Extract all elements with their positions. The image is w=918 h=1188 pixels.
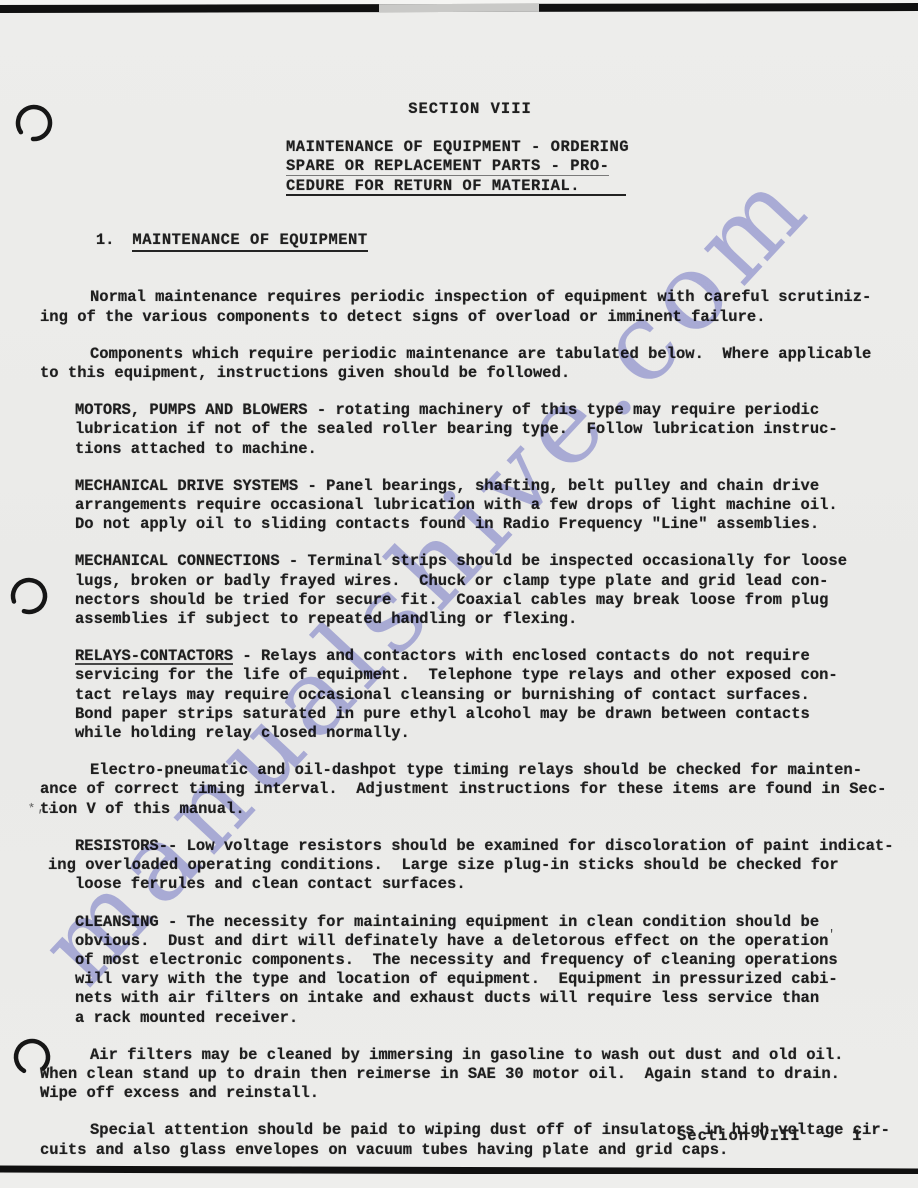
text-line: CLEANSING - The necessity for maintainin… xyxy=(75,913,900,932)
paragraph-mechanical-connections: MECHANICAL CONNECTIONS - Terminal strips… xyxy=(75,552,900,629)
text-line: RELAYS-CONTACTORS - Relays and contactor… xyxy=(75,647,900,666)
paragraph-electro-pneumatic: Electro-pneumatic and oil-dashpot type t… xyxy=(40,761,900,819)
page-body: SECTION VIII MAINTENANCE OF EQUIPMENT - … xyxy=(40,0,900,1160)
text-line: RESISTORS-- Low voltage resistors should… xyxy=(75,837,900,856)
text-line: while holding relay closed normally. xyxy=(75,724,900,743)
text-line: of most electronic components. The neces… xyxy=(75,951,900,970)
text-line: tions attached to machine. xyxy=(75,440,900,459)
text-line: Air filters may be cleaned by immersing … xyxy=(40,1046,900,1065)
text-line: arrangements require occasional lubricat… xyxy=(75,496,900,515)
text-line: loose ferrules and clean contact surface… xyxy=(75,875,900,894)
title-line: MAINTENANCE OF EQUIPMENT - ORDERING xyxy=(286,138,900,157)
scan-dot-artifact: ' xyxy=(828,928,835,942)
title-line: SPARE OR REPLACEMENT PARTS - PRO- xyxy=(286,158,609,176)
text-line: to this equipment, instructions given sh… xyxy=(40,364,900,383)
heading-maintenance-of-equipment: 1.MAINTENANCE OF EQUIPMENT xyxy=(40,212,900,270)
text-line: tion V of this manual. xyxy=(40,800,900,819)
paragraph-mechanical-drive-systems: MECHANICAL DRIVE SYSTEMS - Panel bearing… xyxy=(75,477,900,535)
text-line: Wipe off excess and reinstall. xyxy=(40,1084,900,1103)
text-line: nets with air filters on intake and exha… xyxy=(75,989,900,1008)
paragraph-motors-pumps-blowers: MOTORS, PUMPS AND BLOWERS - rotating mac… xyxy=(75,401,900,459)
text-line: ing overloaded operating conditions. Lar… xyxy=(48,856,900,875)
paragraph-resistors: RESISTORS-- Low voltage resistors should… xyxy=(75,837,900,895)
text-line: Bond paper strips saturated in pure ethy… xyxy=(75,705,900,724)
text-line: a rack mounted receiver. xyxy=(75,1009,900,1028)
text-line: will vary with the type and location of … xyxy=(75,970,900,989)
text-line: ing of the various components to detect … xyxy=(40,308,900,327)
text-line: Electro-pneumatic and oil-dashpot type t… xyxy=(40,761,900,780)
heading-number: 1. xyxy=(96,231,115,249)
paragraph-components: Components which require periodic mainte… xyxy=(40,345,900,383)
text-line: MECHANICAL DRIVE SYSTEMS - Panel bearing… xyxy=(75,477,900,496)
text-line: assemblies if subject to repeated handli… xyxy=(75,610,900,629)
text-line: tact relays may require occasional clean… xyxy=(75,686,900,705)
heading-text: MAINTENANCE OF EQUIPMENT xyxy=(132,231,367,252)
text-line: Do not apply oil to sliding contacts fou… xyxy=(75,515,900,534)
text-line: When clean stand up to drain then reimer… xyxy=(40,1065,900,1084)
text-line: lugs, broken or badly frayed wires. Chuc… xyxy=(75,572,900,591)
scan-paper-strip-bottom xyxy=(0,1174,918,1188)
text-line: ance of correct timing interval. Adjustm… xyxy=(40,780,900,799)
scanned-manual-page: SECTION VIII MAINTENANCE OF EQUIPMENT - … xyxy=(0,0,918,1188)
page-footer: Section VIII - 1 xyxy=(677,1127,862,1145)
title-line-underlined: CEDURE FOR RETURN OF MATERIAL. xyxy=(286,178,626,196)
paragraph-air-filters: Air filters may be cleaned by immersing … xyxy=(40,1046,900,1104)
text-line: Components which require periodic mainte… xyxy=(40,345,900,364)
text-line: lubrication if not of the sealed roller … xyxy=(75,420,900,439)
paragraph-normal-maintenance: Normal maintenance requires periodic ins… xyxy=(40,288,900,326)
text-line: nectors should be tried for secure fit. … xyxy=(75,591,900,610)
text-line: Normal maintenance requires periodic ins… xyxy=(40,288,900,307)
section-label: SECTION VIII xyxy=(40,100,900,119)
paragraph-relays-contactors: RELAYS-CONTACTORS - Relays and contactor… xyxy=(75,647,900,743)
document-title: MAINTENANCE OF EQUIPMENT - ORDERING SPAR… xyxy=(286,138,900,196)
text-line: servicing for the life of equipment. Tel… xyxy=(75,666,900,685)
text-line: MOTORS, PUMPS AND BLOWERS - rotating mac… xyxy=(75,401,900,420)
text-line: obvious. Dust and dirt will definately h… xyxy=(75,932,900,951)
text-line: MECHANICAL CONNECTIONS - Terminal strips… xyxy=(75,552,900,571)
paragraph-cleansing: CLEANSING - The necessity for maintainin… xyxy=(75,913,900,1028)
